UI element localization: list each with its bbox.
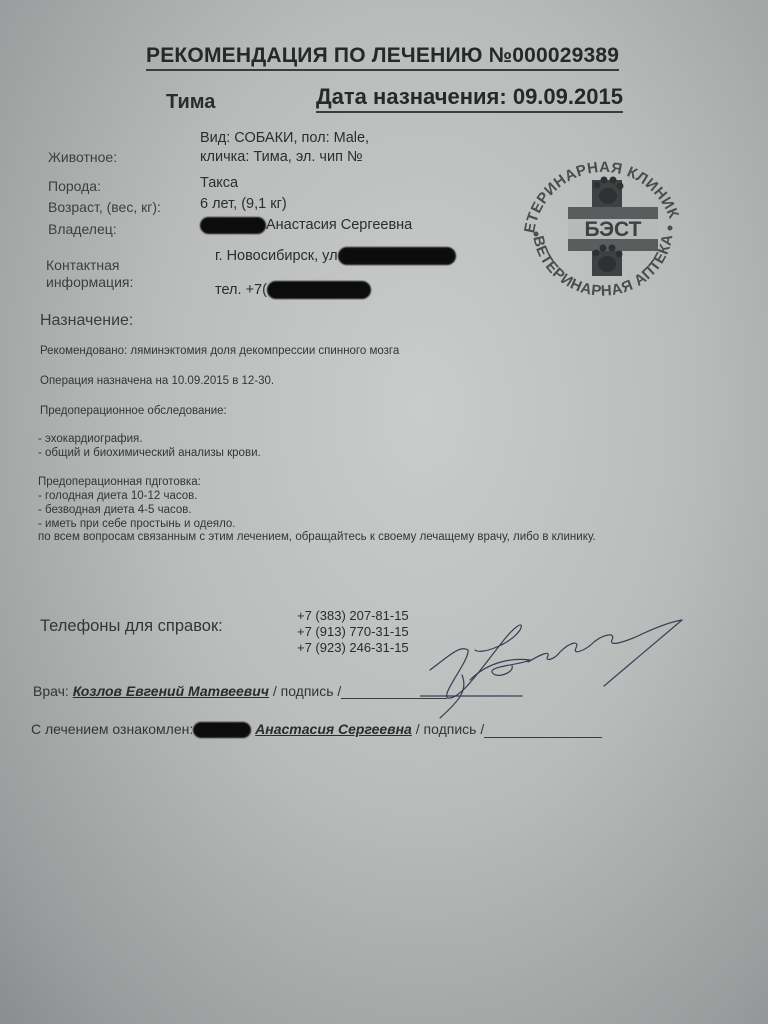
ack-sign-label: / подпись /: [416, 721, 484, 737]
phone-number: +7 (913) 770-31-15: [297, 624, 409, 640]
breed-label: Порода:: [48, 178, 101, 194]
exam-item: - эхокардиография.: [38, 432, 142, 446]
document-title: РЕКОМЕНДАЦИЯ ПО ЛЕЧЕНИЮ №000029389: [146, 44, 619, 71]
address-value: г. Новосибирск, ул: [215, 248, 338, 264]
phone-number: +7 (383) 207-81-15: [297, 608, 409, 624]
contact-note: по всем вопросам связанным с этим лечени…: [38, 530, 596, 544]
recommended-text: Рекомендовано: ляминэктомия доля декомпр…: [40, 344, 399, 358]
breed-value: Такса: [200, 174, 238, 193]
animal-label: Животное:: [48, 149, 117, 165]
contact-label-line1: Контактная: [46, 257, 120, 273]
doctor-label: Врач:: [33, 683, 69, 699]
ack-signature-line: [484, 723, 602, 738]
ack-label: С лечением ознакомлен:: [31, 721, 193, 737]
owner-label: Владелец:: [48, 221, 117, 237]
doctor-sign-label: / подпись /: [273, 683, 341, 699]
appointment-date: Дата назначения: 09.09.2015: [316, 84, 623, 113]
redaction-mark: [338, 247, 456, 265]
clinic-logo: ВЕТЕРИНАРНАЯ КЛИНИКА ВЕТЕРИНАРНАЯ АПТЕКА…: [512, 136, 692, 306]
contact-label-line2: информация:: [46, 274, 133, 290]
phone-number: +7 (923) 246-31-15: [297, 640, 409, 656]
exam-heading: Предоперационное обследование:: [40, 404, 227, 418]
age-value: 6 лет, (9,1 кг): [200, 195, 287, 214]
owner-field: Анастасия Сергеевна: [200, 216, 412, 235]
phones-label: Телефоны для справок:: [40, 617, 223, 636]
age-label: Возраст, (вес, кг):: [48, 199, 161, 215]
doctor-name: Козлов Евгений Матвеевич: [73, 683, 269, 699]
ack-name: Анастасия Сергеевна: [255, 721, 412, 737]
prep-item: - голодная диета 10-12 часов.: [38, 489, 197, 503]
operation-text: Операция назначена на 10.09.2015 в 12-30…: [40, 374, 274, 388]
prep-item: - безводная диета 4-5 часов.: [38, 503, 192, 517]
address-field: г. Новосибирск, ул: [215, 247, 456, 266]
redaction-mark: [200, 217, 266, 234]
doctor-row: Врач: Козлов Евгений Матвеевич / подпись…: [33, 683, 447, 699]
redaction-mark: [193, 722, 251, 738]
prep-heading: Предоперационная пдготовка:: [38, 475, 201, 489]
exam-item: - общий и биохимический анализы крови.: [38, 446, 261, 460]
pet-name-heading: Тима: [166, 91, 215, 114]
svg-text:БЭСТ: БЭСТ: [585, 218, 642, 241]
prescription-heading: Назначение:: [40, 312, 133, 330]
acknowledgement-row: С лечением ознакомлен: Анастасия Сергеев…: [31, 721, 602, 738]
phone-field: тел. +7(: [215, 281, 371, 300]
phone-value: тел. +7(: [215, 282, 267, 298]
prep-item: - иметь при себе простынь и одеяло.: [38, 517, 236, 531]
redaction-mark: [267, 281, 371, 299]
owner-value: Анастасия Сергеевна: [266, 217, 412, 233]
paw-cross-icon: ВЕТЕРИНАРНАЯ КЛИНИКА ВЕТЕРИНАРНАЯ АПТЕКА…: [512, 136, 692, 306]
animal-value-line2: кличка: Тима, эл. чип №: [200, 148, 363, 167]
handwritten-signature: [420, 600, 720, 720]
animal-value-line1: Вид: СОБАКИ, пол: Male,: [200, 129, 369, 148]
